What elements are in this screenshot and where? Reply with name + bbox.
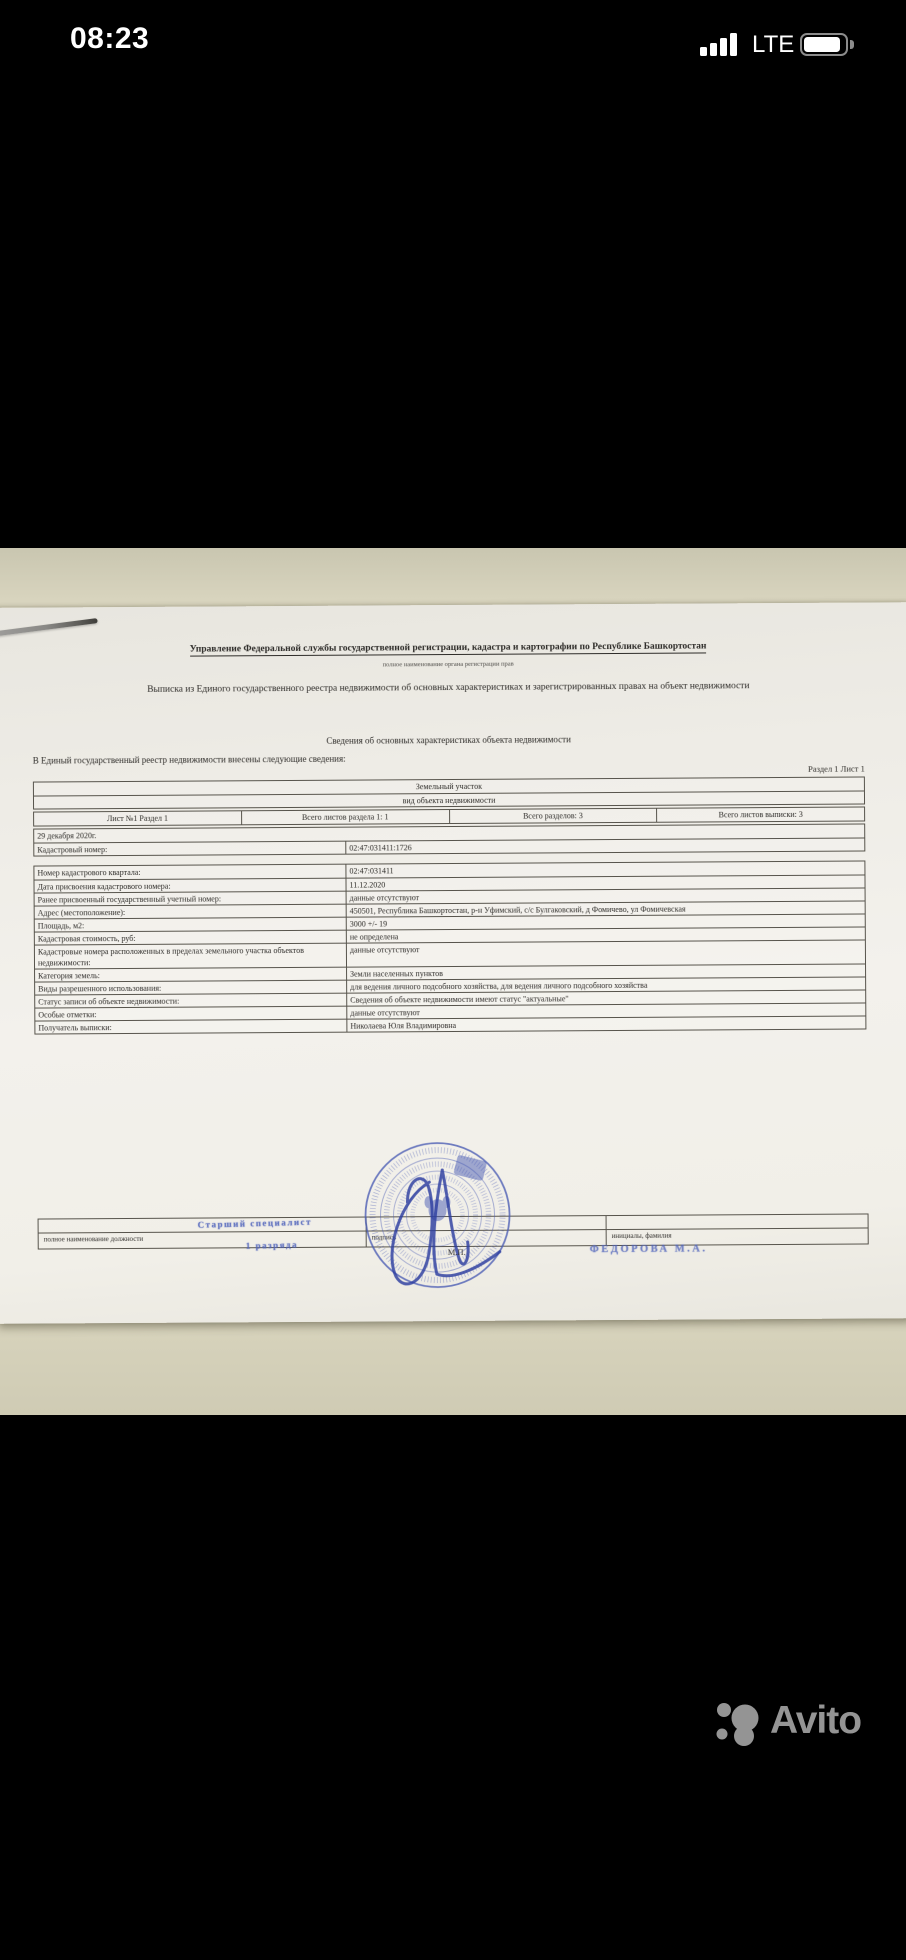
field-label: Категория земель: bbox=[35, 968, 347, 982]
field-value: Николаева Юля Владимировна bbox=[347, 1016, 865, 1031]
stamp-place-abbr: М.П. bbox=[448, 1247, 466, 1257]
sheet-info-cell: Всего листов раздела 1: 1 bbox=[242, 810, 450, 824]
field-label: Статус записи об объекте недвижимости: bbox=[35, 994, 347, 1008]
official-seal bbox=[349, 1132, 526, 1309]
document-paper: Управление Федеральной службы государств… bbox=[0, 602, 906, 1324]
details-table: Номер кадастрового квартала:02:47:031411… bbox=[33, 860, 866, 1034]
sheet-info-cell: Всего разделов: 3 bbox=[450, 809, 658, 823]
battery-tip bbox=[850, 40, 854, 49]
sheet-info-cell: Всего листов выписки: 3 bbox=[657, 807, 864, 821]
stamped-name: ФЕДОРОВА М.А. bbox=[590, 1243, 708, 1255]
field-label: Дата присвоения кадастрового номера: bbox=[34, 879, 346, 893]
field-label: Получатель выписки: bbox=[35, 1020, 347, 1034]
network-type-label: LTE bbox=[752, 31, 794, 59]
object-type-table: Земельный участок вид объекта недвижимос… bbox=[33, 776, 865, 809]
stamped-position-line2: 1 разряда bbox=[246, 1239, 299, 1250]
field-label: Особые отметки: bbox=[35, 1007, 347, 1021]
name-label: инициалы, фамилия bbox=[607, 1228, 868, 1245]
status-bar: 08:23 LTE bbox=[0, 0, 906, 90]
field-value: 02:47:031411:1726 bbox=[346, 838, 864, 853]
field-label: Кадастровая стоимость, руб: bbox=[35, 931, 347, 945]
signature bbox=[391, 1170, 499, 1284]
sheet-info-cell: Лист №1 Раздел 1 bbox=[34, 811, 242, 825]
battery-icon bbox=[800, 33, 848, 56]
document-content: Управление Федеральной службы государств… bbox=[0, 602, 906, 1324]
field-label: Кадастровый номер: bbox=[34, 842, 346, 856]
field-label: Площадь, м2: bbox=[35, 918, 347, 932]
avito-logo-icon bbox=[708, 1698, 766, 1752]
section-heading: Сведения об основных характеристиках объ… bbox=[33, 732, 865, 747]
field-label: Кадастровые номера расположенных в преде… bbox=[35, 944, 347, 969]
field-value: данные отсутствуют bbox=[347, 940, 865, 966]
field-label: Адрес (местоположение): bbox=[35, 905, 347, 919]
status-time: 08:23 bbox=[70, 22, 149, 56]
signature-cell-name bbox=[607, 1214, 868, 1229]
field-label: Ранее присвоенный государственный учетны… bbox=[35, 892, 347, 906]
cellular-signal-icon bbox=[700, 30, 744, 56]
avito-brand-text: Avito bbox=[770, 1699, 861, 1743]
position-label: полное наименование должности bbox=[39, 1232, 367, 1249]
primary-table: 29 декабря 2020г. Кадастровый номер: 02:… bbox=[33, 823, 865, 856]
authority-note: полное наименование органа регистрации п… bbox=[32, 658, 864, 670]
field-label: Номер кадастрового квартала: bbox=[34, 865, 346, 880]
intro-line: В Единый государственный реестр недвижим… bbox=[33, 754, 346, 766]
listing-photo[interactable]: Управление Федеральной службы государств… bbox=[0, 548, 906, 1415]
field-label: Виды разрешенного использования: bbox=[35, 981, 347, 995]
avito-watermark: Avito bbox=[708, 1698, 888, 1752]
battery-level bbox=[804, 37, 840, 52]
document-title: Выписка из Единого государственного реес… bbox=[32, 680, 864, 695]
document-authority: Управление Федеральной службы государств… bbox=[32, 640, 864, 655]
